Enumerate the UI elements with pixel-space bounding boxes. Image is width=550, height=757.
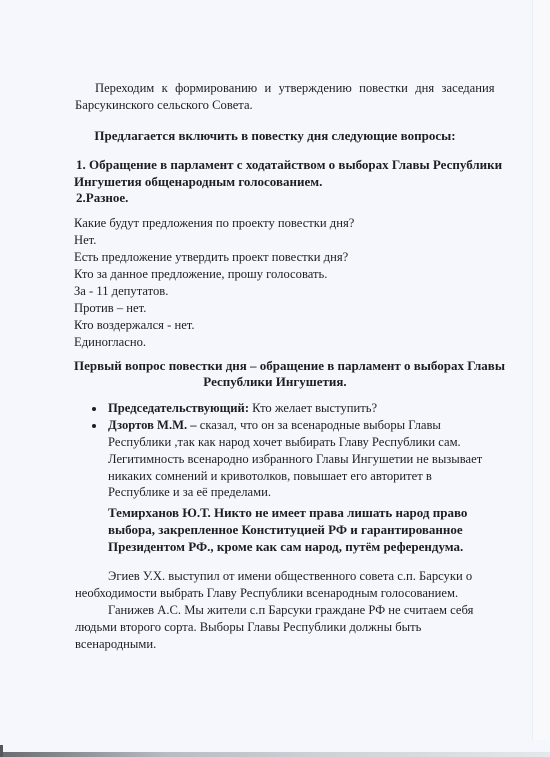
speaker-name: Дзортов М.М. – bbox=[108, 418, 197, 432]
temirkhanov-statement-line: Президентом РФ., кроме как сам народ, пу… bbox=[108, 539, 463, 555]
vote-dialogue-line: Есть предложение утвердить проект повест… bbox=[74, 249, 348, 265]
vote-outcome: Единогласно. bbox=[74, 334, 146, 350]
egiev-statement-line: Эгиев У.Х. выступил от имени общественно… bbox=[108, 568, 472, 584]
page-edge bbox=[532, 0, 550, 740]
speaker-name: Председательствующий: bbox=[108, 401, 249, 415]
vote-abstained: Кто воздержался - нет. bbox=[74, 317, 195, 333]
bullet-dzortov-line-1: Дзортов М.М. – сказал, что он за всенаро… bbox=[108, 417, 441, 433]
first-question-heading-line-2: Республики Ингушетия. bbox=[0, 374, 550, 390]
temirkhanov-statement-line: выбора, закрепленное Конституцией РФ и г… bbox=[108, 522, 463, 538]
ganizhev-statement-line: людьми второго сорта. Выборы Главы Респу… bbox=[75, 619, 421, 635]
ganizhev-statement-line: всенародными. bbox=[75, 636, 156, 652]
ganizhev-statement-line: Ганижев А.С. Мы жители с.п Барсуки гражд… bbox=[108, 602, 473, 618]
first-question-heading-line-1: Первый вопрос повестки дня – обращение в… bbox=[74, 358, 505, 374]
vote-dialogue-line: Кто за данное предложение, прошу голосов… bbox=[74, 266, 327, 282]
bullet-icon bbox=[92, 407, 96, 411]
vote-dialogue-line: Какие будут предложения по проекту повес… bbox=[74, 215, 354, 231]
speaker-text: Кто желает выступить? bbox=[249, 401, 377, 415]
egiev-statement-line: необходимости выбрать Главу Республики в… bbox=[75, 585, 458, 601]
intro-paragraph-line-2: Барсукинского сельского Совета. bbox=[75, 97, 253, 113]
bullet-dzortov-line: Республики ,так как народ хочет выбирать… bbox=[108, 434, 461, 450]
speaker-text: сказал, что он за всенародные выборы Гла… bbox=[197, 418, 441, 432]
vote-dialogue-line: Нет. bbox=[74, 232, 96, 248]
bullet-dzortov-line: никаких сомнений и кривотолков, повышает… bbox=[108, 468, 432, 484]
bullet-dzortov-line: Республике и за её пределами. bbox=[108, 484, 271, 500]
bullet-chairman: Председательствующий: Кто желает выступи… bbox=[108, 400, 377, 416]
intro-paragraph-line-1: Переходим к формированию и утверждению п… bbox=[95, 80, 495, 96]
vote-against: Против – нет. bbox=[74, 300, 146, 316]
scan-edge-shadow bbox=[0, 752, 550, 757]
scan-corner-mark bbox=[0, 745, 3, 757]
temirkhanov-statement-line: Темирханов Ю.Т. Никто не имеет права лиш… bbox=[108, 505, 467, 521]
bullet-dzortov-line: Легитимность всенародно избранного Главы… bbox=[108, 451, 482, 467]
bullet-icon bbox=[92, 424, 96, 428]
proposal-heading: Предлагается включить в повестку дня сле… bbox=[0, 128, 550, 144]
agenda-item-1-line-1: 1. Обращение в парламент с ходатайством … bbox=[76, 157, 502, 173]
agenda-item-1-line-2: Ингушетия общенародным голосованием. bbox=[74, 174, 322, 190]
vote-for-count: За - 11 депутатов. bbox=[74, 283, 168, 299]
agenda-item-2: 2.Разное. bbox=[76, 190, 128, 206]
